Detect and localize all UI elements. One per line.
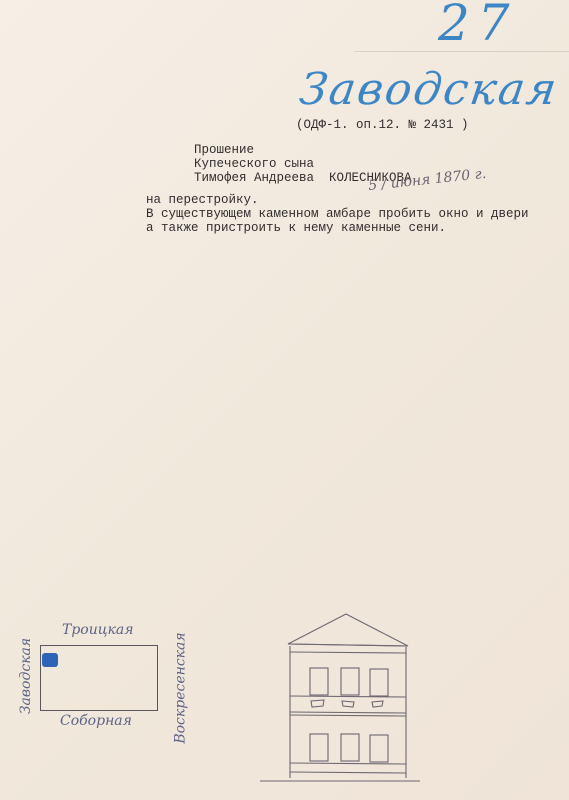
plan-label-right: Воскресенская xyxy=(173,632,189,743)
street-heading: Заводская xyxy=(296,64,561,115)
plan-label-top: Троицкая xyxy=(62,622,134,638)
plot-marker xyxy=(42,653,58,667)
plan-label-left: Заводская xyxy=(18,638,34,714)
body-line-1: на перестройку. xyxy=(146,193,259,207)
facade-drawing xyxy=(250,600,430,800)
document-page: 27 Заводская (ОДФ-1. оп.12. № 2431 ) Про… xyxy=(0,0,569,800)
body-line-3: а также пристроить к нему каменные сени. xyxy=(146,221,446,235)
page-number: 27 xyxy=(438,0,518,52)
body-line-2: В существующем каменном амбаре пробить о… xyxy=(146,207,529,221)
plan-label-bottom: Соборная xyxy=(60,713,132,729)
title-line-2: Купеческого сына xyxy=(194,157,314,171)
archive-reference: (ОДФ-1. оп.12. № 2431 ) xyxy=(296,118,469,132)
title-line-1: Прошение xyxy=(194,143,254,157)
